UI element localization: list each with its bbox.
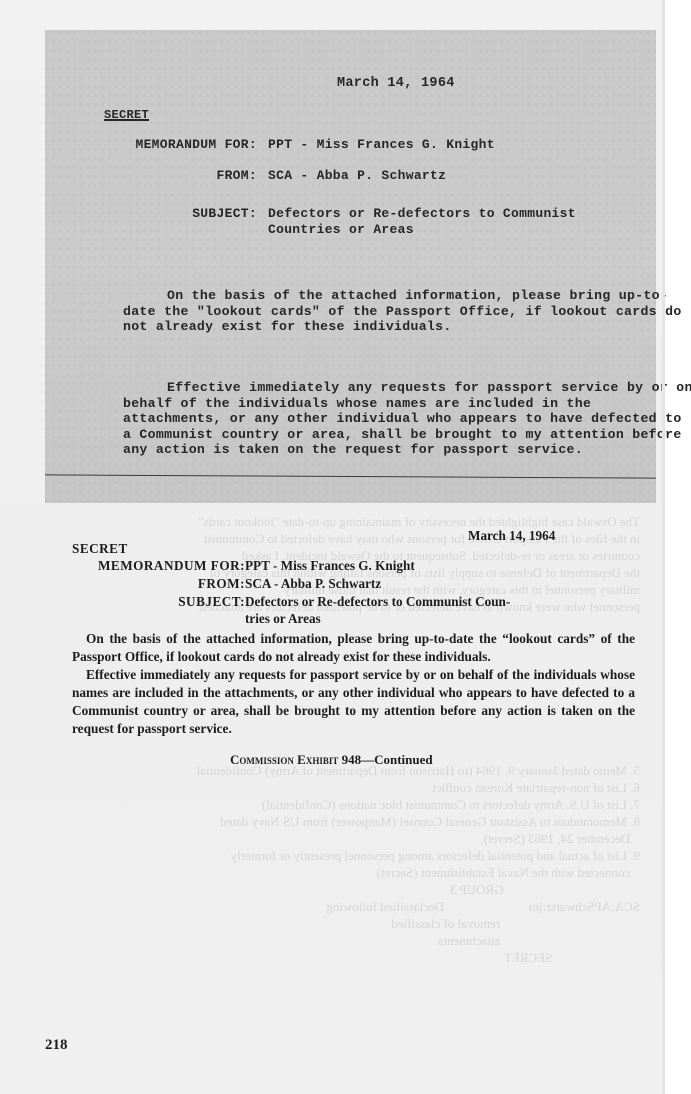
typed-subject-line2: Countries or Areas bbox=[268, 222, 414, 237]
printed-memo-date: March 14, 1964 bbox=[468, 528, 555, 544]
printed-body: On the basis of the attached information… bbox=[72, 630, 635, 738]
printed-memorandum-for-value: PPT - Miss Frances G. Knight bbox=[245, 558, 415, 574]
printed-subject-label: SUBJECT: bbox=[72, 594, 245, 610]
printed-from-label: FROM: bbox=[72, 576, 245, 592]
typed-from-value: SCA - Abba P. Schwartz bbox=[268, 168, 446, 183]
printed-paragraph-2: Effective immediately any requests for p… bbox=[72, 666, 635, 738]
typed-memorandum-for-value: PPT - Miss Frances G. Knight bbox=[268, 137, 495, 152]
typed-classification-stamp: SECRET bbox=[104, 108, 149, 122]
typed-paragraph-1: On the basis of the attached information… bbox=[123, 288, 691, 335]
typed-paragraph-2: Effective immediately any requests for p… bbox=[123, 380, 691, 458]
show-through-list: 5. Memo dated January 9, 1964 (to Harris… bbox=[80, 762, 640, 966]
typed-from-label: FROM: bbox=[87, 168, 257, 183]
printed-subject-line2: tries or Areas bbox=[245, 611, 321, 627]
printed-memorandum-for-label: MEMORANDUM FOR: bbox=[72, 558, 245, 574]
typed-memo-date: March 14, 1964 bbox=[337, 76, 455, 91]
page-edge-shadow bbox=[662, 0, 665, 1094]
typed-memorandum-for-label: MEMORANDUM FOR: bbox=[87, 137, 257, 152]
exhibit-caption-title: Commission Exhibit 948 bbox=[230, 752, 361, 767]
printed-subject-line1: Defectors or Re-defectors to Communist C… bbox=[245, 594, 510, 610]
typed-subject-line1: Defectors or Re-defectors to Communist bbox=[268, 206, 576, 221]
exhibit-caption-suffix: —Continued bbox=[361, 752, 433, 767]
photocopy-edge-line bbox=[45, 474, 656, 478]
printed-classification: SECRET bbox=[72, 541, 128, 557]
document-page: The Oswald case highlighted the necessit… bbox=[0, 0, 662, 1094]
printed-from-value: SCA - Abba P. Schwartz bbox=[245, 576, 381, 592]
exhibit-caption: Commission Exhibit 948—Continued bbox=[230, 752, 433, 768]
page-number: 218 bbox=[45, 1037, 68, 1054]
photocopied-memo: March 14, 1964 SECRET MEMORANDUM FOR: PP… bbox=[45, 30, 656, 503]
printed-paragraph-1: On the basis of the attached information… bbox=[72, 630, 635, 666]
typed-subject-label: SUBJECT: bbox=[87, 206, 257, 221]
